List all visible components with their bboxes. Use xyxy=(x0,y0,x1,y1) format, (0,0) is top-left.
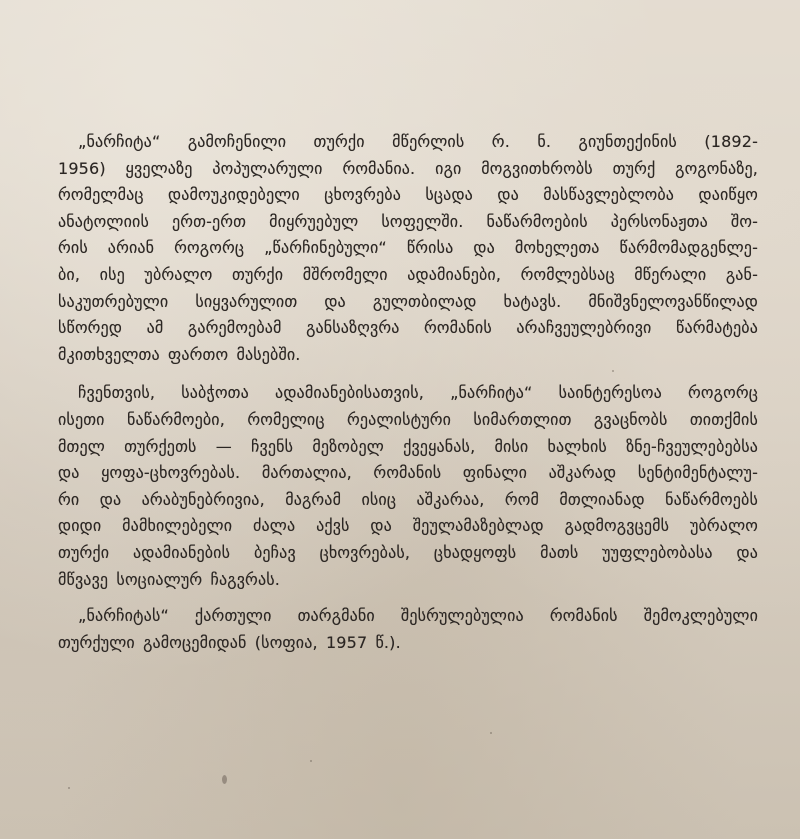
paragraph-2-line-7: თურქი ადამიანების ბეჩავ ცხოვრებას, ცხადყ… xyxy=(58,542,758,564)
paragraph-1-line-4: ანატოლიის ერთ-ერთ მიყრუებულ სოფელში. ნაწ… xyxy=(58,211,758,233)
paragraph-2-line-3: მთელ თურქეთს — ჩვენს მეზობელ ქვეყანას, მ… xyxy=(58,436,758,458)
paper-speck xyxy=(222,775,227,784)
paragraph-2-line-1: ჩვენთვის, საბჭოთა ადამიანებისათვის, „ნარ… xyxy=(78,382,758,404)
paper-speck xyxy=(310,760,312,762)
paragraph-2-line-5: რი და არაბუნებრივია, მაგრამ ისიც აშკარაა… xyxy=(58,489,758,511)
paper-speck xyxy=(68,787,70,789)
paper-speck xyxy=(490,732,492,734)
paragraph-3-line-1: „ნარჩიტას“ ქართული თარგმანი შესრულებულია… xyxy=(78,605,758,627)
paragraph-1-line-3: რომელმაც დამოუკიდებელი ცხოვრება სცადა და… xyxy=(58,184,758,206)
paragraph-1-line-1: „ნარჩიტა“ გამოჩენილი თურქი მწერლის რ. ნ.… xyxy=(78,131,758,153)
scanned-book-page: „ნარჩიტა“ გამოჩენილი თურქი მწერლის რ. ნ.… xyxy=(0,0,800,839)
paragraph-1-line-6: ბი, ისე უბრალო თურქი მშრომელი ადამიანები… xyxy=(58,264,758,286)
paragraph-2-line-2: ისეთი ნაწარმოები, რომელიც რეალისტური სიმ… xyxy=(58,409,758,431)
paragraph-1-line-7: საკუთრებული სიყვარულით და გულთბილად ხატა… xyxy=(58,291,758,313)
paragraph-2-line-6: დიდი მამხილებელი ძალა აქვს და შეულამაზებ… xyxy=(58,515,758,537)
paragraph-1-line-5: რის არიან როგორც „წარჩინებული“ წრისა და … xyxy=(58,237,758,259)
paragraph-1-line-8: სწორედ ამ გარემოებამ განსაზღვრა რომანის … xyxy=(58,317,758,339)
paragraph-1-line-9: მკითხველთა ფართო მასებში. xyxy=(58,344,301,366)
paragraph-2-line-4: და ყოფა-ცხოვრებას. მართალია, რომანის ფინ… xyxy=(58,462,758,484)
paper-speck xyxy=(612,370,614,372)
paragraph-2-line-8: მწვავე სოციალურ ჩაგვრას. xyxy=(58,569,280,591)
paragraph-3-line-2: თურქული გამოცემიდან (სოფია, 1957 წ.). xyxy=(58,632,401,654)
paragraph-1-line-2: 1956) ყველაზე პოპულარული რომანია. იგი მო… xyxy=(58,158,758,180)
